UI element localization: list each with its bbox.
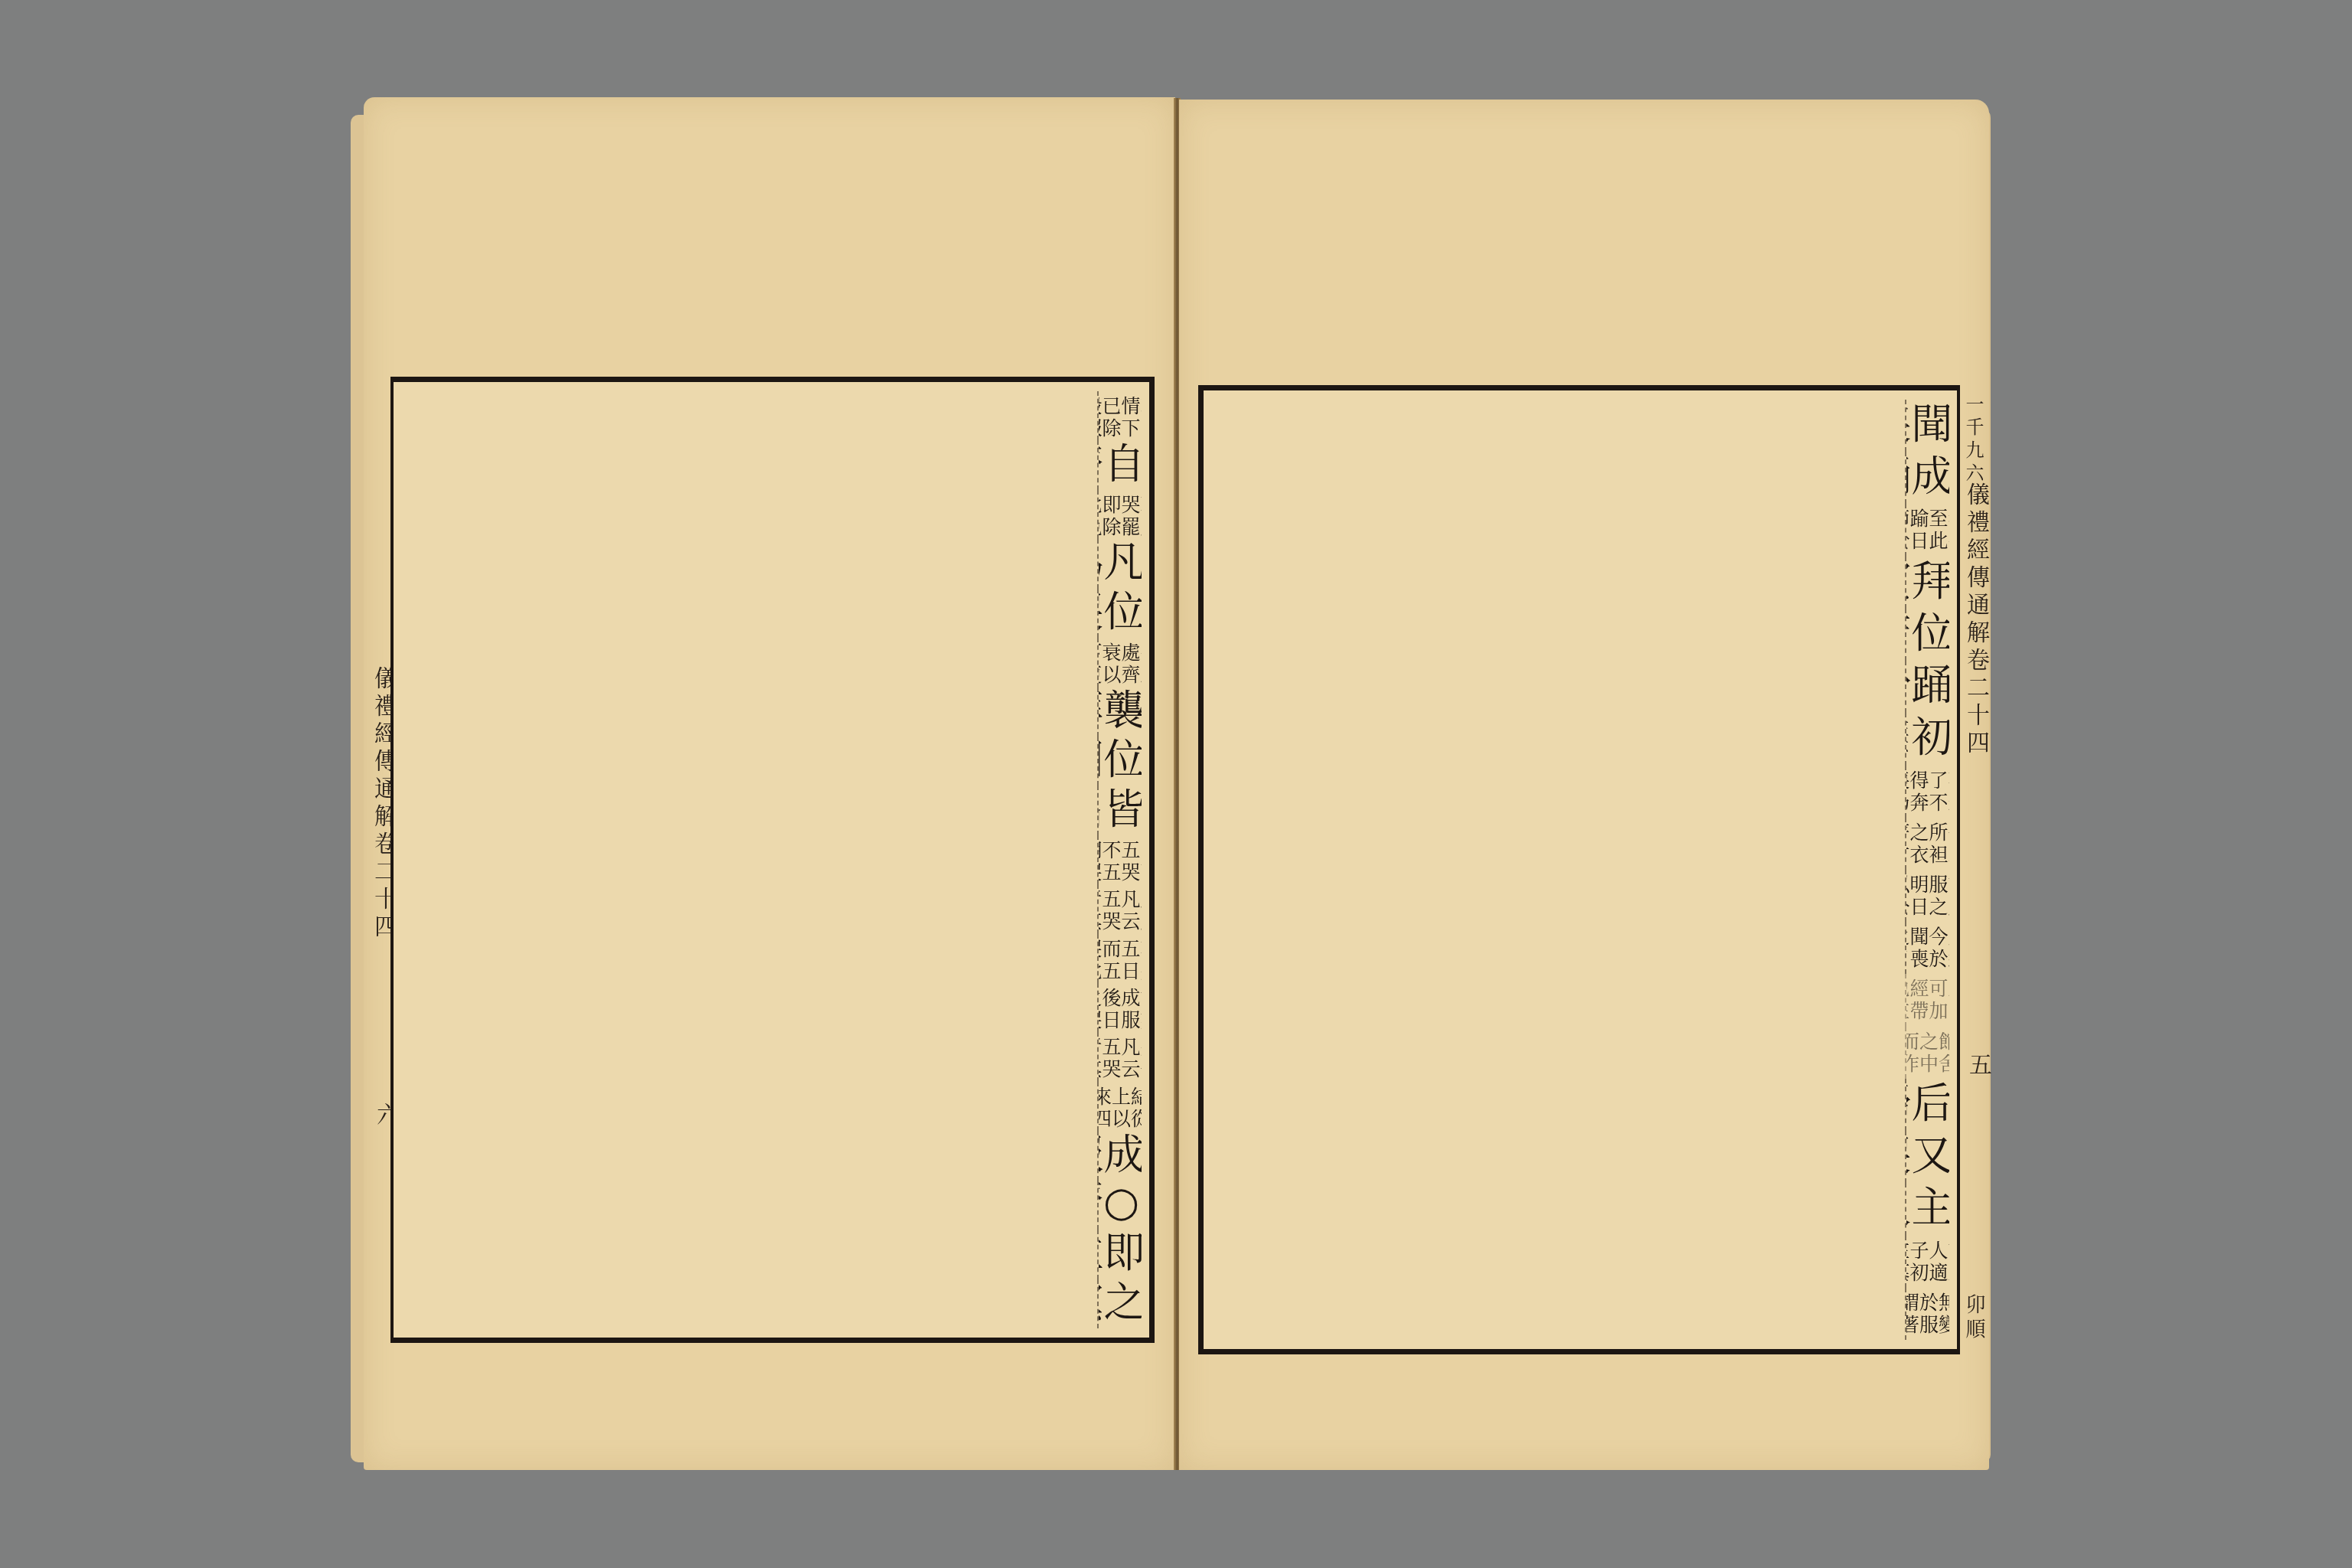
text-column: ○齊衰望鄉而哭大功望門而哭小功至門而哭緦麻	[1097, 1181, 1142, 1230]
text-column: 奔父母喪則之墓哭成踊者亦謂主人適子初在墓南北面哭成踊乃來就主人之	[1905, 1236, 1949, 1288]
text-column: 成服而往注謂所當奔者外喪也外喪緦而道遠成服乃行容待齎也○疏以外喪恩輕哀情緩道路又…	[1097, 1131, 1142, 1180]
text-column: 聞喪不得奔喪哭盡哀問故又哭盡哀乃為位括髮袒	[1905, 400, 1949, 452]
text-column: 疏前云三日成服於五哭皆數朝哭五日而五哭此三日數夕哭為五哭者前文	[1097, 934, 1142, 983]
text-column: 則不為位其哭之不離聞喪之處齊衰以下更為位而哭皆可行乃行	[1097, 638, 1142, 687]
right-banxin-leaf: 五	[1966, 1053, 1989, 1080]
text-column: 即位而哭注奔喪哭親疏遠近之差也○疏雜記云大功望鄉而哭此云望門而哭者雜記所云者謂本…	[1097, 1230, 1142, 1279]
text-column: 內數夕哭為五哭也凡云五哭者其後有賓亦與	[1097, 1032, 1142, 1081]
text-column: 三日五哭成服之後乃云五哭故數成服後日之哭為五此三日五哭是三日之	[1097, 983, 1142, 1032]
text-column: 襲拜賓反位哭成踊送賓反	[1097, 688, 1142, 737]
left-text-frame: 其服已除哀情已殺故不踊也疏此明齊衰以下除服之後奔喪之 自齊衰以下所以異者免麻 節…	[390, 377, 1155, 1343]
text-column: 位括髮袒也主人亦謂在家者無變於服謂著平常之吉服不踊者以在家者	[1905, 1288, 1949, 1340]
text-column: 后歸則之墓哭成踊東括髮袒絰拜賓成踊送賓反位	[1905, 1079, 1949, 1131]
text-column: 之哭而拜之總結從上以來四處五哭之文也	[1097, 1082, 1142, 1131]
right-banxin-bottom: 卯順	[1964, 1294, 1984, 1343]
text-column: 自齊衰以下所以異者免麻	[1097, 440, 1142, 489]
left-text-columns: 其服已除哀情已殺故不踊也疏此明齊衰以下除服之後奔喪之 自齊衰以下所以異者免麻 節…	[401, 391, 1142, 1328]
text-column: 告事畢禮文略也注不於又哭乃絰今於聞喪之日即絰帶以喪至此赴者至踰	[1905, 922, 1949, 974]
text-column: 凡為位非親喪齊衰以下皆即	[1097, 539, 1142, 588]
text-column: 踊於三哭猶括髮袒成踊三日成服於五哭拜賓送賓如	[1905, 661, 1949, 713]
text-column: 舍是賓之所專有由館舍之中而作廬如禮服亦告就次	[1905, 1027, 1949, 1079]
text-column: 如朝夕哭位矣聞喪之日哭踊畢襲所袒之衣著首絰絞帶之並即東方之位三	[1905, 818, 1949, 870]
text-column: 初注不言就次者當從其事不可以喪服廢公職也其在官亦告就次言五哭者以迫公事五日哀殺亦…	[1905, 713, 1949, 765]
right-text-frame: 聞喪不得奔喪哭盡哀問故又哭盡哀乃為位括髮袒 成踊襲絰絞帶即位注聞父母喪而不得奔謂…	[1198, 385, 1960, 1354]
text-column: 位相者告就次三日五哭卒主人出送賓衆主人兄弟	[1097, 737, 1142, 786]
text-column: 日成服通數聞喪為四日五哭謂成服之明日以公五哭乃亦可以止不云相者	[1905, 870, 1949, 922]
right-text-columns: 聞喪不得奔喪哭盡哀問故又哭盡哀乃為位括髮袒 成踊襲絰絞帶即位注聞父母喪而不得奔謂…	[1211, 400, 1949, 1340]
text-column: 位哭盡哀而東免絰即位袒成踊注謂無君事又無故可得奔喪而以己私未奔者也父母之喪	[1097, 589, 1142, 638]
text-column: 位若有賓後至者拜之成踊送賓如初於又哭括髮袒成	[1905, 609, 1949, 661]
text-column: 主人之待之也無變於服與之哭不踊注無變於服自若時服也亦即位於墓左婦人墓右○疏此一節…	[1905, 1183, 1949, 1235]
text-column: 次一哭也與明日又明日之朝夕而五哭不五朝哭而數朝夕備五哭而止亦為	[1097, 835, 1142, 884]
text-column: 拜賓反位成踊賓出主人拜送于門外反	[1905, 557, 1949, 609]
text-column: 成踊襲絰絞帶即位注聞父母喪而不得奔謂以君命有事不然者不得為位位有鄰列之處如於家朝…	[1905, 452, 1949, 504]
text-column: 節唯著免麻不括髮墓所哭罷即除此免麻者當謂至緦麻也	[1097, 490, 1142, 539]
right-banxin-top: 一千九六	[1964, 394, 1982, 486]
text-column: 又哭盡哀遂除於家不哭注東東即主人位如不及猶者也遂除於墓而歸	[1905, 1131, 1949, 1183]
text-column: 急奔喪已私事當畢亦明日乃成服凡云五哭者其後有賓亦與之哭而拜之○	[1097, 884, 1142, 933]
text-column: 又哭乃絰者喪至此踰日節於是可也	[1905, 504, 1949, 556]
text-column: 其服已除哀情已殺故不踊也疏此明齊衰以下除服之後奔喪之	[1097, 391, 1142, 440]
text-column: 皆出門哭止相者告事畢成服拜賓注卒猶止也三日五哭者始聞喪訖夕為位乃出就	[1097, 786, 1142, 835]
text-column: 其日節故於是聞喪之日可加經帶也在官謂在官府館舍	[1905, 974, 1949, 1026]
text-column: 之黨於廟母妻之黨於寢師於廟門外朋友於寢門外	[1097, 1279, 1142, 1328]
text-column: 喪成服之禮謂以君命有事其事未了不得奔喪乃為位若以君命使故得為位	[1905, 766, 1949, 818]
right-banxin-title: 儀禮經傳通解卷二十四	[1964, 482, 1987, 758]
